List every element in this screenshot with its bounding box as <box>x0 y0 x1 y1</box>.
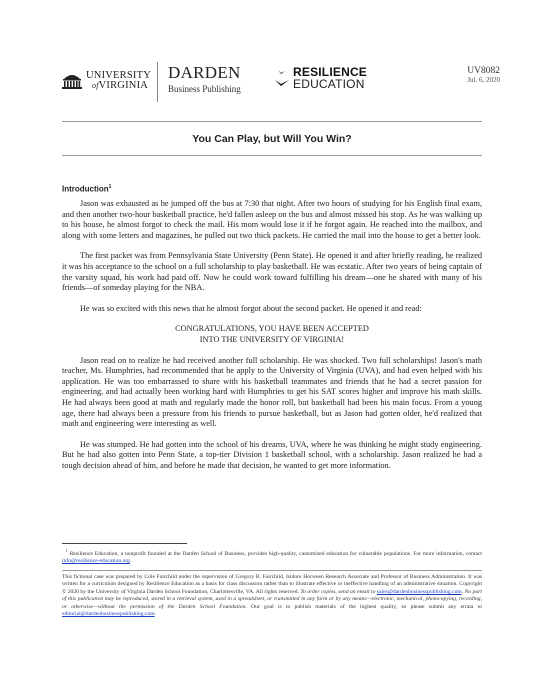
copyright-rule <box>62 570 482 571</box>
info-email-link[interactable]: info@resilience-education.org <box>62 558 130 564</box>
darden-subtitle: Business Publishing <box>168 84 241 94</box>
copyright-notice: This fictional case was prepared by Cole… <box>62 574 482 618</box>
order-text: To order copies, send an email to <box>300 589 376 595</box>
sales-email-link[interactable]: sales@dardenbusinesspublishing.com <box>377 589 462 595</box>
letter-line: INTO THE UNIVERSITY OF VIRGINIA! <box>62 335 482 346</box>
editorial-email-link[interactable]: editorial@dardenbusinesspublishing.com <box>62 611 155 617</box>
document-id: UV8082 Jul. 6, 2020 <box>467 66 500 84</box>
paragraph: Jason read on to realize he had received… <box>62 356 482 430</box>
darden-logo: DARDEN Business Publishing <box>168 64 241 94</box>
letter-line: CONGRATULATIONS, YOU HAVE BEEN ACCEPTED <box>62 324 482 335</box>
body-text: Jason was exhausted as he jumped off the… <box>62 199 482 471</box>
acceptance-letter: CONGRATULATIONS, YOU HAVE BEEN ACCEPTED … <box>62 324 482 345</box>
paragraph: Jason was exhausted as he jumped off the… <box>62 199 482 241</box>
footnote: 1 Resilience Education, a nonprofit foun… <box>62 547 482 566</box>
resilience-line2: EDUCATION <box>293 78 367 90</box>
doc-code: UV8082 <box>467 66 500 76</box>
uva-of: of <box>92 81 99 90</box>
uva-line2: VIRGINIA <box>99 80 148 91</box>
footnote-end: . <box>130 558 131 564</box>
paragraph: He was so excited with this news that he… <box>62 304 482 315</box>
page-header: UNIVERSITY ofVIRGINIA DARDEN Business Pu… <box>62 62 500 102</box>
footnote-ref: 1 <box>109 184 112 190</box>
page-title: You Can Play, but Will You Win? <box>62 133 482 145</box>
footnote-rule <box>62 543 187 544</box>
title-bottom-rule <box>62 155 482 156</box>
copyright-end: . <box>155 611 156 617</box>
footnote-number: 1 <box>66 548 68 553</box>
resilience-logo: RESILIENCE EDUCATION <box>274 66 367 90</box>
paragraph: He was stumped. He had gotten into the s… <box>62 440 482 472</box>
darden-title: DARDEN <box>168 64 241 82</box>
paragraph: The first packet was from Pennsylvania S… <box>62 251 482 293</box>
footnote-text: Resilience Education, a nonprofit founde… <box>70 551 482 557</box>
logo-divider <box>157 62 158 102</box>
doc-date: Jul. 6, 2020 <box>467 76 500 84</box>
section-heading: Introduction1 <box>62 184 111 194</box>
birds-icon <box>274 66 290 90</box>
section-heading-text: Introduction <box>62 185 109 194</box>
errata-text: Our goal is to publish materials of the … <box>247 604 482 610</box>
uva-logo: UNIVERSITY ofVIRGINIA <box>62 66 151 96</box>
title-top-rule <box>62 121 482 122</box>
document-page: UNIVERSITY ofVIRGINIA DARDEN Business Pu… <box>0 0 533 690</box>
rotunda-icon <box>62 73 82 89</box>
